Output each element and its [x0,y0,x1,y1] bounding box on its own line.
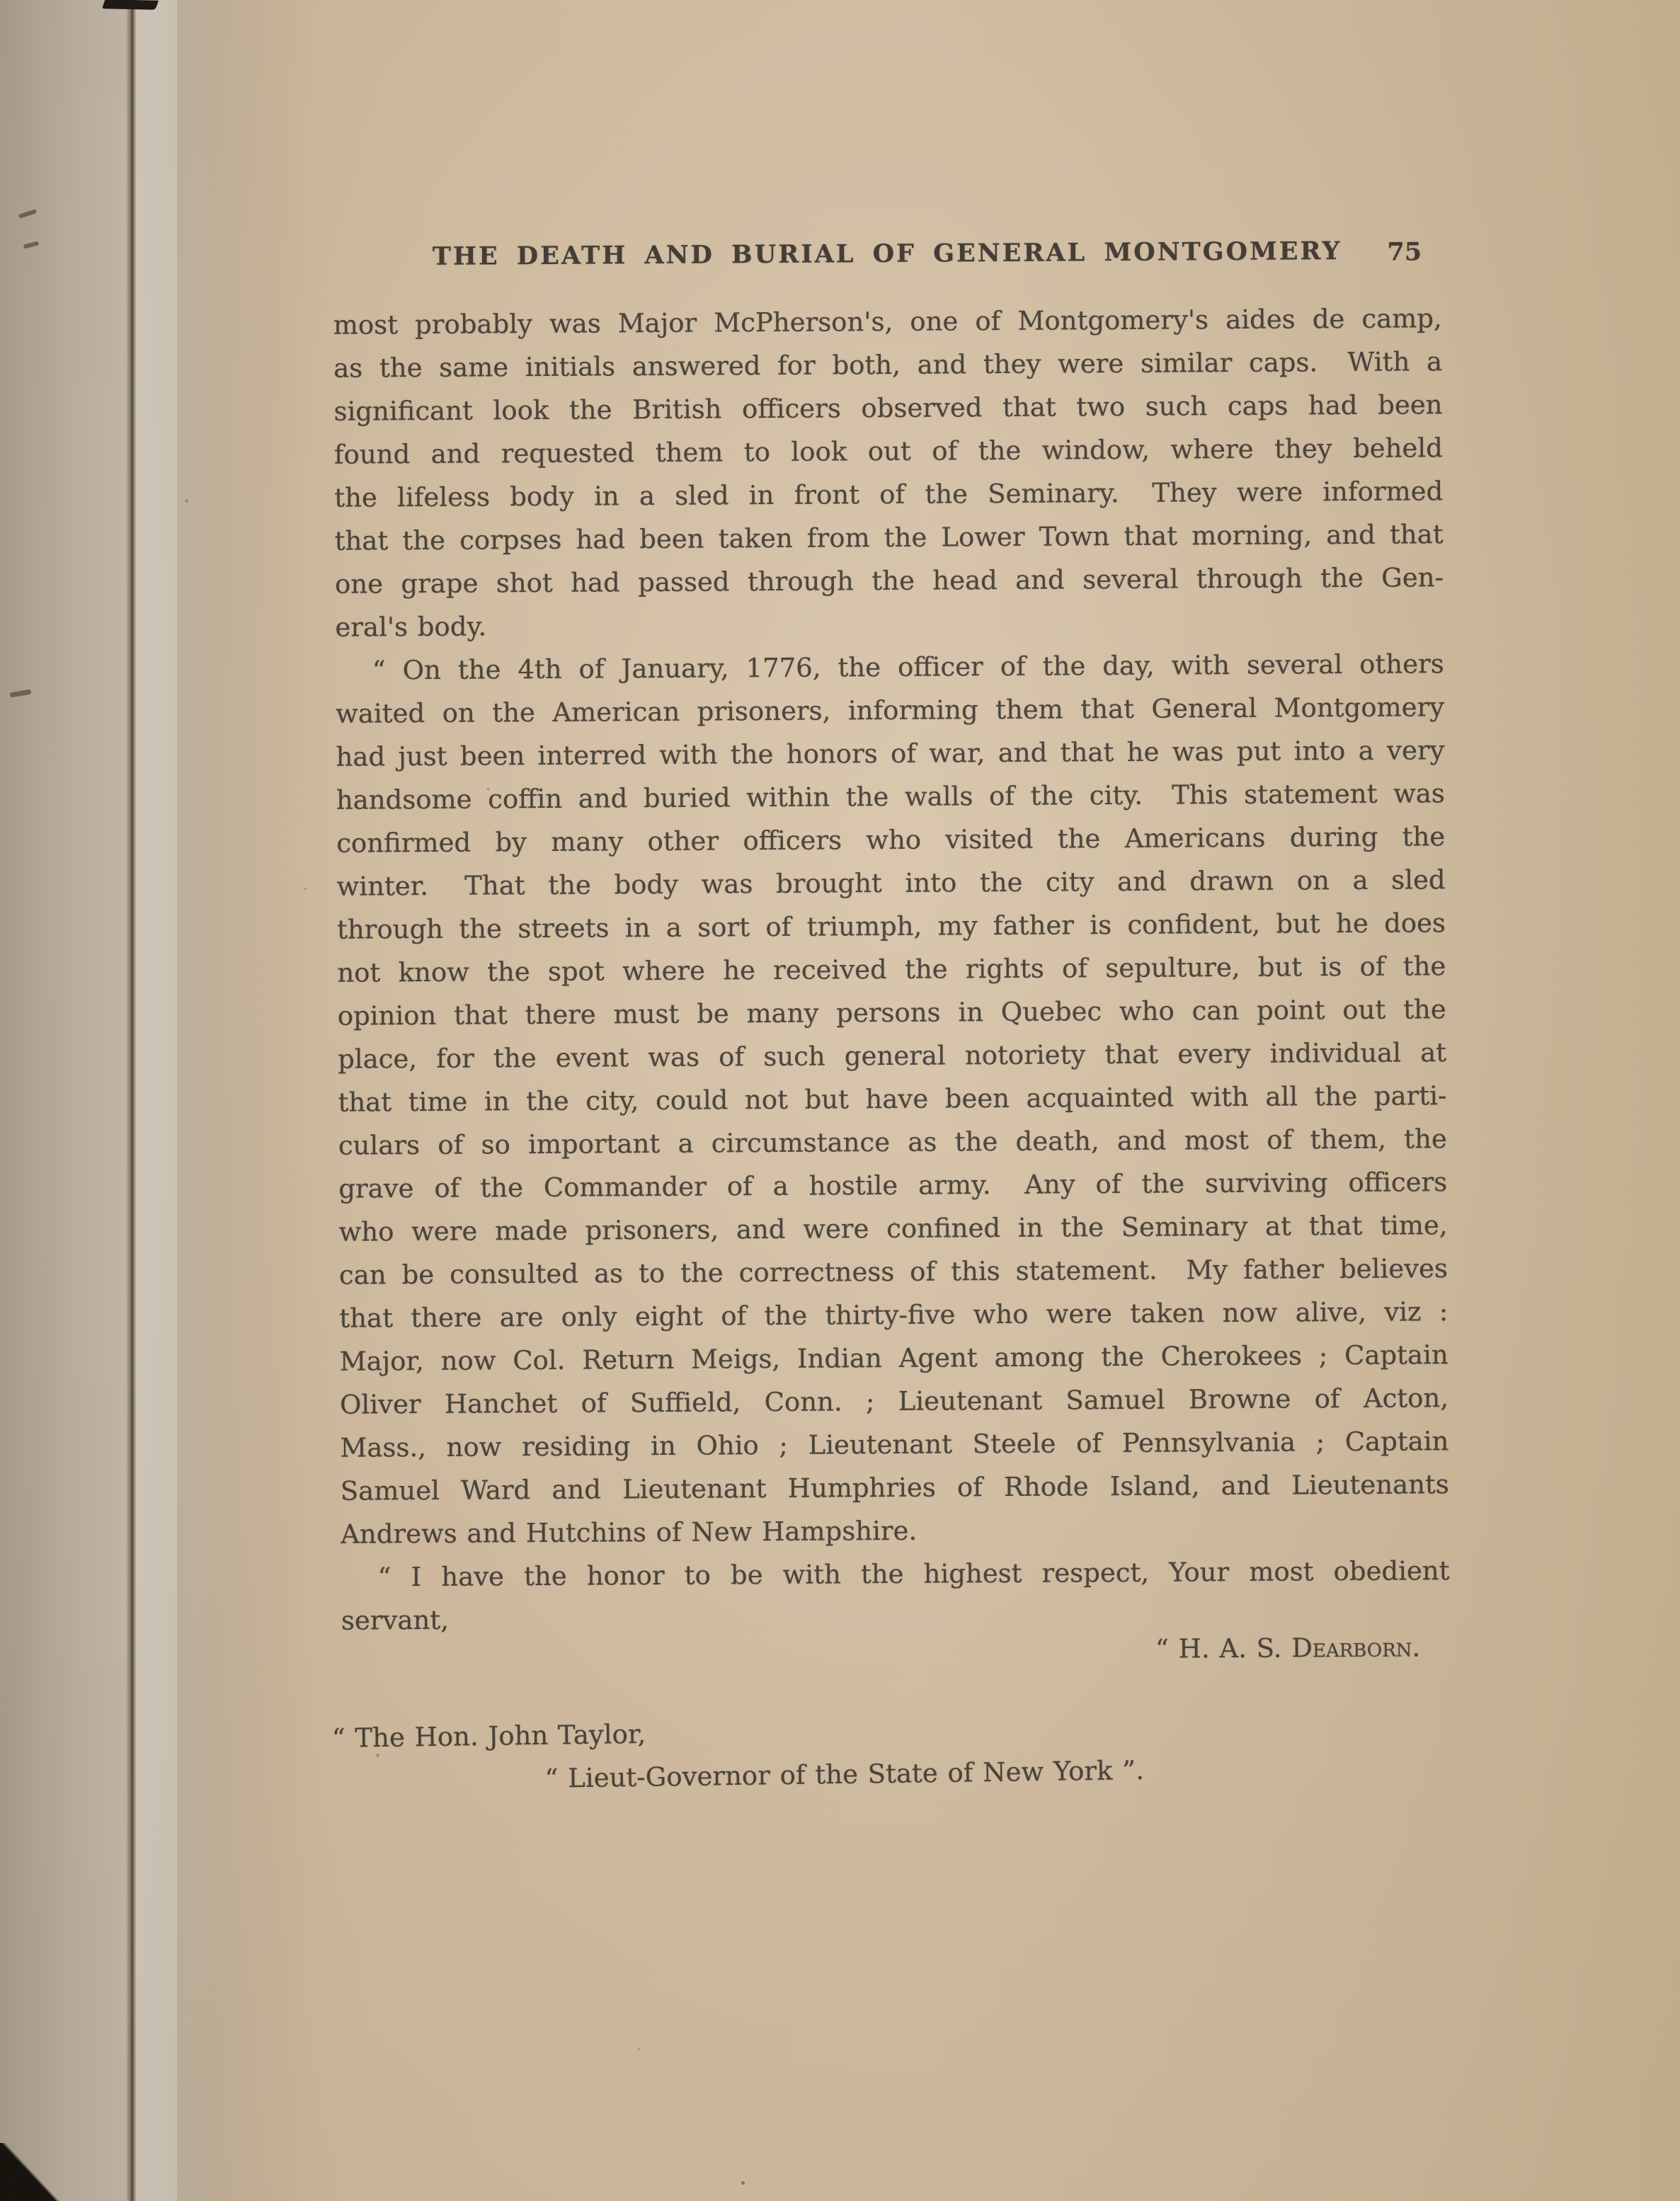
text-line: found and requested them to look out of … [334,426,1443,476]
text-line: culars of so important a circumstance as… [338,1117,1447,1167]
text-line: Major, now Col. Return Meigs, Indian Age… [340,1333,1448,1383]
scanned-book-page: THE DEATH AND BURIAL OF GENERAL MONTGOME… [0,0,1680,2201]
text-line: Samuel Ward and Lieutenant Humphries of … [341,1463,1449,1513]
bottom-left-corner-shadow [0,2143,88,2201]
addressee-block: “ The Hon. John Taylor,“ Lieut-Governor … [331,1701,1451,1803]
paragraph: “ On the 4th of January, 1776, the offic… [336,642,1450,1556]
text-line: Andrews and Hutchins of New Hampshire. [341,1506,1449,1556]
text-line: place, for the event was of such general… [338,1031,1446,1081]
text-line: that there are only eight of the thirty-… [339,1290,1448,1340]
text-line: most probably was Major McPherson's, one… [333,297,1442,347]
text-line: “ I have the honor to be with the highes… [341,1549,1449,1599]
text-line: who were made prisoners, and were confin… [338,1204,1447,1254]
text-line: Oliver Hanchet of Suffield, Conn. ; Lieu… [340,1376,1448,1427]
top-left-ink-mark [102,0,159,10]
text-line: that the corpses had been taken from the… [334,513,1443,563]
text-line: waited on the American prisoners, inform… [336,685,1444,736]
paragraph: most probably was Major McPherson's, one… [333,297,1444,649]
text-line: winter. That the body was brought into t… [336,858,1445,908]
page-header: THE DEATH AND BURIAL OF GENERAL MONTGOME… [333,229,1441,273]
dust-specks [0,0,2,2]
printed-text-block: THE DEATH AND BURIAL OF GENERAL MONTGOME… [333,229,1451,1799]
signature-line: “ H. A. S. Dearborn. [341,1625,1450,1676]
text-line: as the same initials answered for both, … [333,340,1442,390]
text-line: confirmed by many other officers who vis… [336,815,1445,865]
text-line: “ On the 4th of January, 1776, the offic… [336,642,1444,692]
text-line: grave of the Commander of a hostile army… [338,1160,1447,1211]
text-line: handsome coffin and buried within the wa… [336,772,1445,822]
text-line: had just been interred with the honors o… [336,728,1444,779]
body-text: most probably was Major McPherson's, one… [333,297,1451,1642]
text-line: Mass., now residing in Ohio ; Lieutenant… [340,1419,1448,1470]
text-line: one grape shot had passed through the he… [335,556,1444,606]
text-line: can be consulted as to the correctness o… [339,1247,1448,1297]
running-title: THE DEATH AND BURIAL OF GENERAL MONTGOME… [333,229,1441,279]
page-edge-strip [136,0,177,2201]
text-line: that time in the city, could not but hav… [338,1074,1446,1124]
adjacent-page-edge [0,0,132,2201]
text-line: not know the spot where he received the … [337,944,1446,995]
text-line: opinion that there must be many persons … [338,988,1446,1038]
text-line: through the streets in a sort of triumph… [337,901,1446,951]
text-line: significant look the British officers ob… [333,383,1442,433]
text-line: the lifeless body in a sled in front of … [334,469,1443,520]
page-number: 75 [1387,230,1422,273]
text-line: eral's body. [335,599,1444,649]
gutter-shadow [177,0,312,2201]
